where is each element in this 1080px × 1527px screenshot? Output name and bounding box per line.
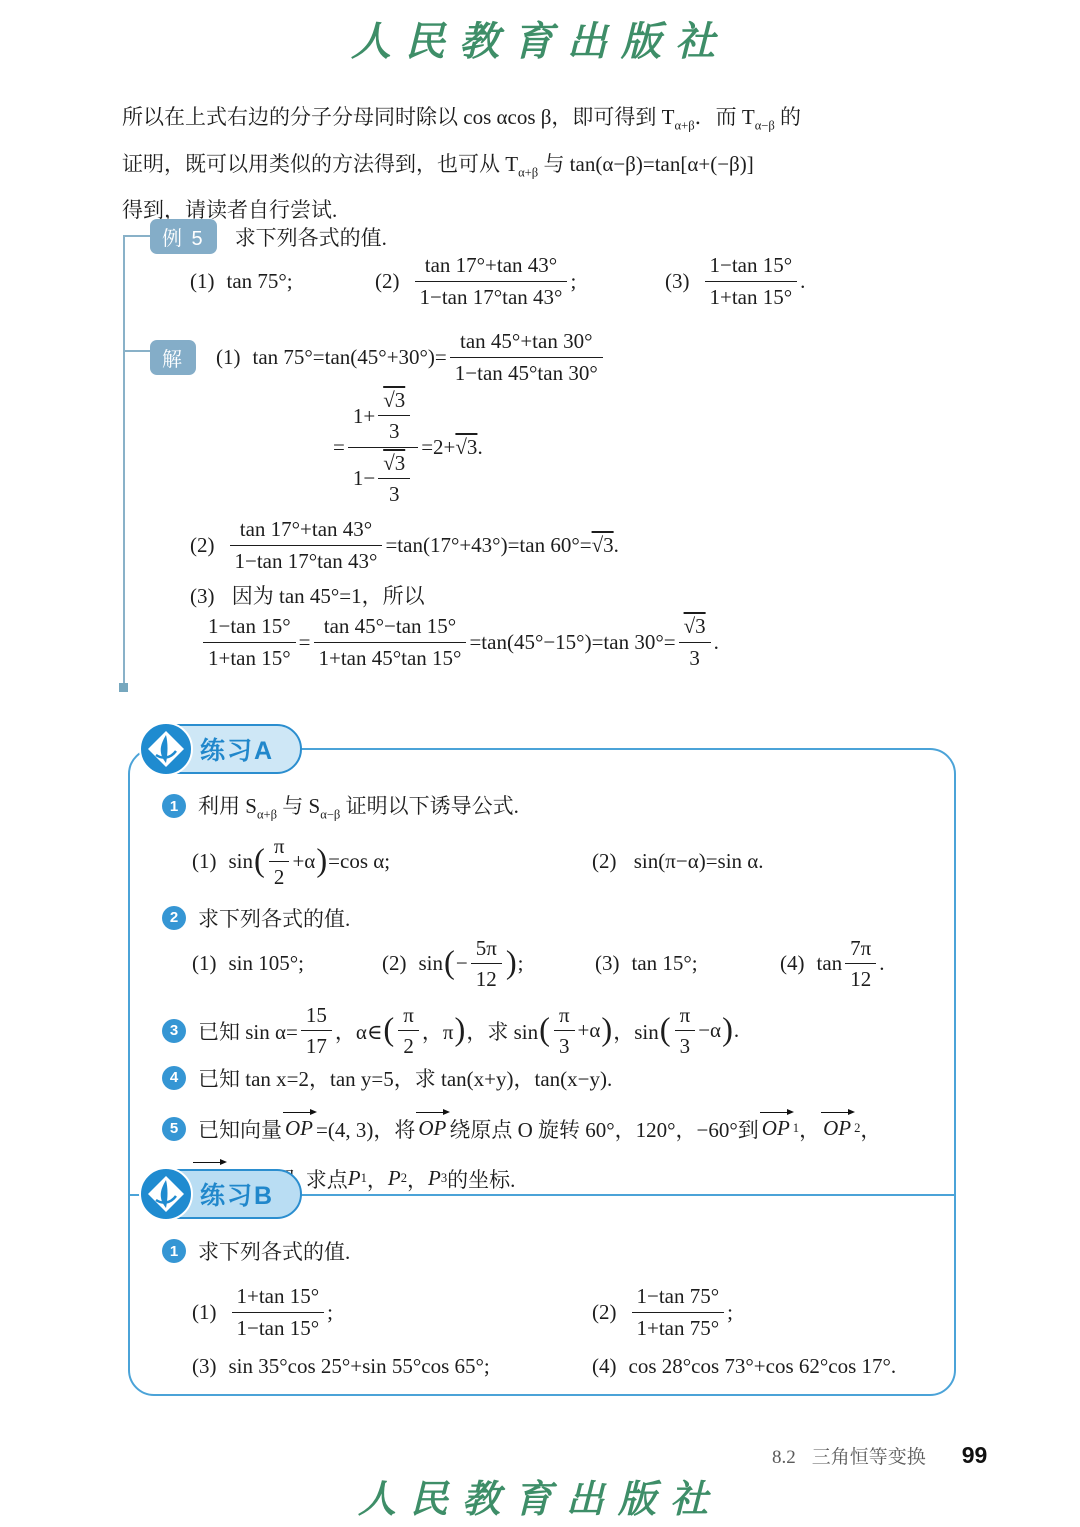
circled-number: 4 — [162, 1066, 186, 1090]
math-big-fraction: 1+√33 1−√33 — [348, 387, 418, 507]
circled-number: 3 — [162, 1019, 186, 1043]
textbook-page: 人民教育出版社 所以在上式右边的分子分母同时除以 cos αcos β，即可得到… — [0, 0, 1080, 1527]
math-expression: +α — [292, 849, 315, 874]
practice-a-q1: 1 利用 Sα+β 与 Sα−β 证明以下诱导公式. — [162, 790, 934, 823]
item-number: (2) — [375, 269, 400, 294]
practice-b-q1-subitems-row1: (1) 1+tan 15°1−tan 15° ; (2) 1−tan 75°1+… — [192, 1280, 934, 1344]
punctuation: ， — [799, 1114, 820, 1144]
example-bracket-end-dot — [119, 683, 128, 692]
punctuation: ; — [570, 269, 576, 294]
intro-line-2: 证明，既可以用类似的方法得到，也可从 Tα+β 与 tan(α−β)=tan[α… — [122, 145, 801, 192]
practice-a-q3: 3 已知 sin α= 1517 ，α∈ ( π2 ，π ) ，求 sin ( … — [162, 1005, 934, 1057]
math-fraction: 7π12 — [845, 935, 876, 993]
question-text: 的坐标. — [447, 1164, 515, 1194]
question-text: 利用 Sα+β 与 Sα−β 证明以下诱导公式. — [198, 790, 519, 823]
item-number: (1) — [190, 269, 215, 294]
math-expression: =tan(45°−15°)=tan 30°= — [469, 630, 675, 655]
big-paren: ( — [660, 1014, 671, 1047]
question-text: 求下列各式的值. — [198, 903, 350, 933]
footer-page-number: 99 — [962, 1442, 988, 1469]
minus-sign: − — [456, 951, 468, 976]
question-text: 已知 tan x=2，tan y=5，求 tan(x+y)，tan(x−y). — [198, 1063, 612, 1093]
intro-text: 与 tan(α−β)=tan[α+(−β)] — [538, 152, 754, 176]
big-paren: ) — [601, 1014, 612, 1047]
punctuation: ， — [860, 1114, 881, 1144]
subitem-2: (2) sin ( − 5π12 ) ; — [382, 935, 595, 993]
example5-item-3: (3)1−tan 15°1+tan 15°. — [665, 252, 805, 310]
intro-paragraph: 所以在上式右边的分子分母同时除以 cos αcos β，即可得到 Tα+β．而 … — [122, 98, 801, 229]
punctuation: ， — [367, 1164, 388, 1194]
example5-item-1: (1)tan 75°; — [190, 269, 375, 294]
question-text: =(4, 3)，将 — [316, 1114, 415, 1144]
subitem-1: (1)sin 105°; — [192, 951, 382, 976]
math-fraction: 1517 — [301, 1002, 332, 1060]
math-fraction: π2 — [269, 833, 290, 891]
circled-number: 1 — [162, 794, 186, 818]
item-number: (1) — [216, 345, 241, 370]
punctuation: ; — [518, 951, 524, 976]
vector-op1: OP — [760, 1116, 792, 1141]
example5-item-2: (2)tan 17°+tan 43°1−tan 17°tan 43°; — [375, 252, 665, 310]
math-expression: =tan(17°+43°)=tan 60°= — [385, 533, 591, 558]
subitem-2: (2) sin(π−α)=sin α. — [592, 849, 764, 874]
example-bracket-line — [123, 235, 125, 687]
math-fraction: π3 — [554, 1002, 575, 1060]
point-label: P — [388, 1166, 401, 1191]
math-fraction: 1−tan 75°1+tan 75° — [632, 1283, 725, 1341]
math-expression: 因为 tan 45°=1，所以 — [232, 584, 425, 608]
circled-number: 1 — [162, 1239, 186, 1263]
intro-line-1: 所以在上式右边的分子分母同时除以 cos αcos β，即可得到 Tα+β．而 … — [122, 98, 801, 145]
math-fraction: √33 — [378, 387, 410, 445]
punctuation: ; — [727, 1300, 733, 1325]
math-expression: tan 75°; — [227, 269, 293, 294]
practice-b-content: 1 求下列各式的值. (1) 1+tan 15°1−tan 15° ; (2) … — [162, 1220, 934, 1379]
big-paren: ) — [454, 1014, 465, 1047]
subscript: α−β — [755, 119, 775, 133]
intro-text: ．而 T — [695, 105, 755, 129]
vector-op: OP — [416, 1116, 448, 1141]
practice-a-title: 练习A — [200, 731, 274, 767]
punctuation: ， — [407, 1164, 428, 1194]
intro-text: 证明，既可以用类似的方法得到，也可从 T — [122, 152, 518, 176]
math-expression: ，sin — [613, 1016, 659, 1046]
math-expression: tan 15°; — [632, 951, 698, 976]
practice-b-q1-subitems-row2: (3)sin 35°cos 25°+sin 55°cos 65°; (4)cos… — [192, 1354, 934, 1379]
punctuation: . — [477, 435, 482, 460]
intro-text: 所以在上式右边的分子分母同时除以 cos αcos β，即可得到 T — [122, 105, 675, 129]
practice-b-title: 练习B — [200, 1176, 274, 1212]
punctuation: . — [614, 533, 619, 558]
math-expression: tan — [817, 951, 843, 976]
solution-step3-formula: 1−tan 15°1+tan 15° = tan 45°−tan 15°1+ta… — [200, 608, 719, 676]
practice-b-q1: 1 求下列各式的值. — [162, 1236, 934, 1266]
math-expression: ，求 sin — [466, 1016, 538, 1046]
practice-box: 练习A 练习B 1 利用 Sα+β 与 Sα−β 证明以下诱导公式. (1) s… — [128, 748, 956, 1396]
math-expression: ，π — [422, 1016, 454, 1046]
solution-step1-continued: = 1+√33 1−√33 =2+√3. — [333, 385, 483, 509]
math-expression: sin — [229, 849, 254, 874]
big-paren: ) — [316, 845, 327, 878]
punctuation: . — [734, 1018, 739, 1043]
item-number: (1) — [192, 849, 217, 874]
math-expression: sin 105°; — [229, 951, 305, 976]
math-fraction: 5π12 — [471, 935, 502, 993]
math-fraction: tan 45°+tan 30°1−tan 45°tan 30° — [450, 328, 603, 386]
subscript: α−β — [320, 808, 340, 822]
square-root: √3 — [592, 533, 614, 558]
subitem-1: (1) 1+tan 15°1−tan 15° ; — [192, 1283, 592, 1341]
subitem-4: (4)cos 28°cos 73°+cos 62°cos 17°. — [592, 1354, 896, 1379]
big-paren: ( — [444, 947, 455, 980]
question-text: 已知向量 — [198, 1114, 282, 1144]
practice-b-header: 练习B — [148, 1169, 302, 1219]
point-label: P — [428, 1166, 441, 1191]
math-expression: −α — [698, 1018, 721, 1043]
square-root: √3 — [455, 435, 477, 460]
big-paren: ) — [722, 1014, 733, 1047]
math-expression: sin 35°cos 25°+sin 55°cos 65°; — [229, 1354, 490, 1379]
practice-a-q5-line2: OP3 的位置. 求点 P1 ， P2 ， P3 的坐标. — [192, 1157, 934, 1201]
subitem-1: (1) sin ( π2 +α ) =cos α; — [192, 833, 592, 891]
math-expression: cos 28°cos 73°+cos 62°cos 17°. — [629, 1354, 897, 1378]
punctuation: . — [714, 630, 719, 655]
math-fraction: π2 — [398, 1002, 419, 1060]
item-number: (3) — [665, 269, 690, 294]
circled-number: 5 — [162, 1117, 186, 1141]
example-bracket-connector — [123, 235, 150, 237]
math-fraction: √33 — [679, 613, 711, 671]
subitem-3: (3)tan 15°; — [595, 951, 780, 976]
math-expression: 已知 sin α= — [198, 1016, 298, 1046]
math-expression: sin — [419, 951, 444, 976]
footer-section-number: 8.2 — [772, 1447, 796, 1469]
example5-items: (1)tan 75°; (2)tan 17°+tan 43°1−tan 17°t… — [190, 248, 805, 314]
footer-section-title: 三角恒等变换 — [812, 1442, 926, 1469]
math-expression: =cos α; — [328, 849, 390, 874]
math-expression: =2+ — [421, 435, 455, 460]
punctuation: . — [879, 951, 884, 976]
practice-a-q5-line1: 5 已知向量 OP =(4, 3)，将 OP 绕原点 O 旋转 60°，120°… — [162, 1107, 934, 1151]
subitem-3: (3)sin 35°cos 25°+sin 55°cos 65°; — [192, 1354, 592, 1379]
vector-op2: OP — [821, 1116, 853, 1141]
math-fraction: 1−tan 15°1+tan 15° — [705, 252, 798, 310]
big-paren: ( — [254, 845, 265, 878]
solution-step2: (2) tan 17°+tan 43°1−tan 17°tan 43° =tan… — [190, 513, 619, 577]
solution-step3-lead: (3) 因为 tan 45°=1，所以 — [190, 580, 425, 610]
math-fraction: π3 — [675, 1002, 696, 1060]
intro-text: 的 — [775, 105, 801, 129]
equals-sign: = — [333, 435, 345, 460]
practice-a-q2-subitems: (1)sin 105°; (2) sin ( − 5π12 ) ; (3)tan… — [192, 933, 934, 995]
math-fraction: √33 — [378, 450, 410, 508]
publisher-logo-top: 人民教育出版社 — [0, 10, 1080, 67]
practice-gem-icon — [138, 721, 194, 777]
subscript: α+β — [518, 165, 538, 179]
practice-a-content: 1 利用 Sα+β 与 Sα−β 证明以下诱导公式. (1) sin ( π2 … — [162, 784, 934, 1201]
example-bracket-connector — [123, 350, 150, 352]
math-fraction: tan 17°+tan 43°1−tan 17°tan 43° — [230, 516, 383, 574]
math-expression: +α — [578, 1018, 601, 1043]
math-fraction: 1−tan 15°1+tan 15° — [203, 613, 296, 671]
question-text: 绕原点 O 旋转 60°，120°，−60°到 — [449, 1114, 758, 1144]
example5-prompt: 求下列各式的值. — [235, 222, 387, 252]
math-fraction: tan 45°−tan 15°1+tan 45°tan 15° — [314, 613, 467, 671]
math-expression: tan 75°=tan(45°+30°)= — [253, 345, 447, 370]
math-expression: ，α∈ — [335, 1016, 383, 1046]
point-label: P — [348, 1166, 361, 1191]
subscript: α+β — [675, 119, 695, 133]
solution-step1: 解 (1) tan 75°=tan(45°+30°)= tan 45°+tan … — [150, 326, 606, 388]
math-expression: sin(π−α)=sin α. — [634, 849, 764, 873]
big-paren: ) — [506, 947, 517, 980]
publisher-logo-bottom: 人民教育出版社 — [0, 1468, 1080, 1523]
big-paren: ( — [383, 1014, 394, 1047]
practice-a-q2: 2 求下列各式的值. — [162, 903, 934, 933]
solution-badge: 解 — [150, 340, 196, 375]
punctuation: ; — [327, 1300, 333, 1325]
subscript: α+β — [257, 808, 277, 822]
practice-a-q4: 4 已知 tan x=2，tan y=5，求 tan(x+y)，tan(x−y)… — [162, 1063, 934, 1093]
practice-a-q1-subitems: (1) sin ( π2 +α ) =cos α; (2) sin(π−α)=s… — [192, 833, 934, 891]
practice-a-header: 练习A — [148, 724, 302, 774]
footer-reference: 8.2 三角恒等变换 99 — [772, 1442, 987, 1469]
subitem-2: (2) 1−tan 75°1+tan 75° ; — [592, 1283, 733, 1341]
question-text: 求下列各式的值. — [198, 1236, 350, 1266]
item-number: (2) — [592, 849, 617, 873]
math-fraction: tan 17°+tan 43°1−tan 17°tan 43° — [415, 252, 568, 310]
item-number: (2) — [190, 533, 215, 558]
circled-number: 2 — [162, 906, 186, 930]
subitem-4: (4) tan 7π12 . — [780, 935, 885, 993]
punctuation: . — [800, 269, 805, 294]
math-fraction: 1+tan 15°1−tan 15° — [232, 1283, 325, 1341]
item-number: (3) — [190, 584, 215, 608]
big-paren: ( — [539, 1014, 550, 1047]
equals-sign: = — [299, 630, 311, 655]
vector-op: OP — [283, 1116, 315, 1141]
practice-gem-icon — [138, 1166, 194, 1222]
